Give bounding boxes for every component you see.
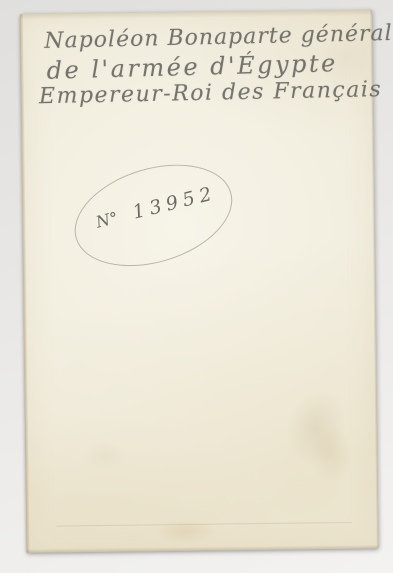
paper-stain bbox=[280, 384, 353, 474]
card-deckle-left-edge bbox=[20, 14, 30, 553]
card-bottom-edge bbox=[27, 545, 379, 553]
photo-card-back: Napoléon Bonaparte général de l'armée d'… bbox=[20, 10, 379, 553]
inscription-line-1-text: Napoléon Bonaparte général bbox=[44, 21, 393, 54]
inventory-number-label: N° bbox=[94, 208, 120, 232]
paper-stain bbox=[154, 518, 216, 545]
card-top-edge bbox=[20, 10, 372, 20]
inscription-line-1: Napoléon Bonaparte général bbox=[44, 20, 393, 54]
paper-stain bbox=[310, 425, 353, 484]
impressed-plate-line bbox=[56, 522, 352, 527]
paper-stain bbox=[83, 441, 125, 472]
photo-backdrop: Napoléon Bonaparte général de l'armée d'… bbox=[0, 0, 393, 573]
